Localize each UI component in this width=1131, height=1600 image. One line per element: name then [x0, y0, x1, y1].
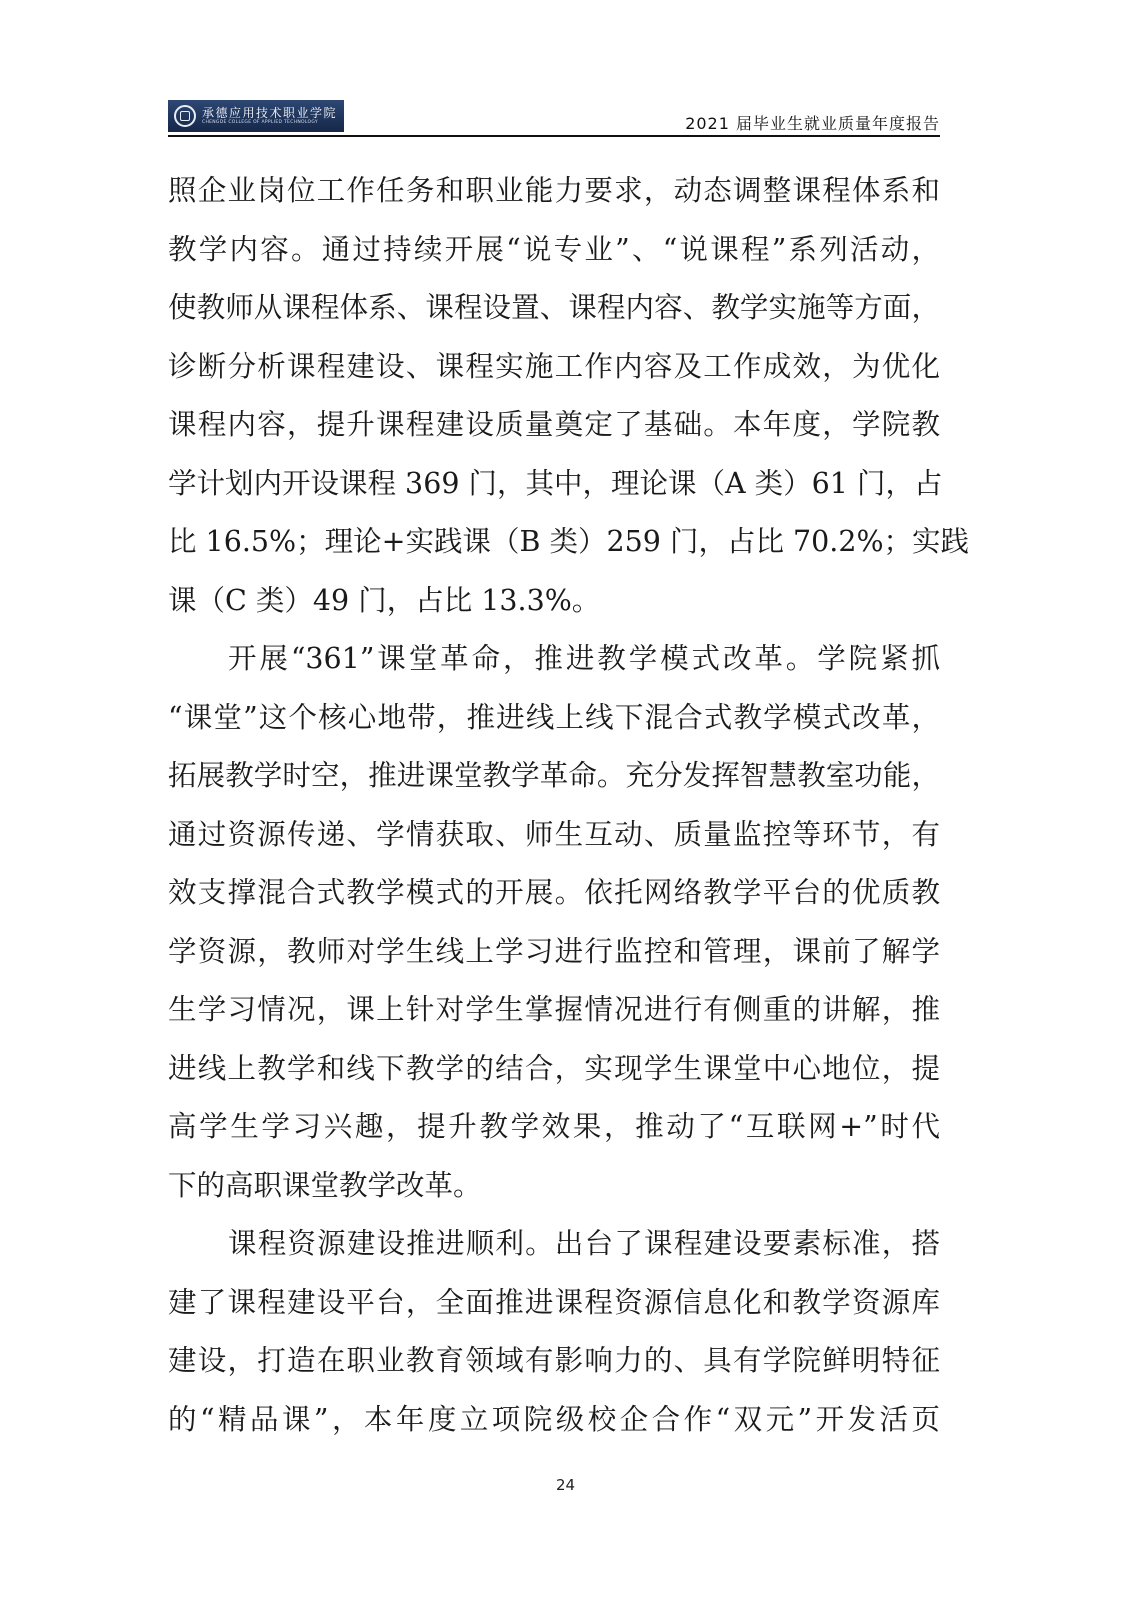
document-body: 照企业岗位工作任务和职业能力要求，动态调整课程体系和 教学内容。通过持续开展“说…: [168, 162, 940, 1449]
college-name-en: CHENGDE COLLEGE OF APPLIED TECHNOLOGY: [202, 121, 337, 126]
text-line: 课程内容，提升课程建设质量奠定了基础。本年度，学院教: [168, 396, 940, 455]
text-line: 拓展教学时空，推进课堂教学革命。充分发挥智慧教室功能，: [168, 747, 940, 806]
text-line: 学资源，教师对学生线上学习进行监控和管理，课前了解学: [168, 923, 940, 982]
text-line: 下的高职课堂教学改革。: [168, 1157, 940, 1216]
page-header: 承德应用技术职业学院 CHENGDE COLLEGE OF APPLIED TE…: [168, 100, 940, 134]
paragraph-course-resources: 课程资源建设推进顺利。出台了课程建设要素标准，搭 建了课程建设平台，全面推进课程…: [168, 1215, 940, 1449]
emblem-shield-icon: [180, 111, 190, 121]
college-emblem-icon: [174, 105, 196, 127]
header-divider: [168, 135, 940, 137]
text-line: 建设，打造在职业教育领域有影响力的、具有学院鲜明特征: [168, 1332, 940, 1391]
text-line: 课（C 类）49 门，占比 13.3%。: [168, 572, 940, 631]
college-name-cn: 承德应用技术职业学院: [202, 107, 337, 119]
text-line: 通过资源传递、学情获取、师生互动、质量监控等环节，有: [168, 806, 940, 865]
text-line: 进线上教学和线下教学的结合，实现学生课堂中心地位，提: [168, 1040, 940, 1099]
page-number: 24: [0, 1476, 1131, 1494]
text-line: 的“精品课”，本年度立项院级校企合作“双元”开发活页: [168, 1391, 940, 1450]
college-logo: 承德应用技术职业学院 CHENGDE COLLEGE OF APPLIED TE…: [168, 100, 344, 132]
paragraph-course-system: 照企业岗位工作任务和职业能力要求，动态调整课程体系和 教学内容。通过持续开展“说…: [168, 162, 940, 630]
text-line: 开展“361”课堂革命，推进教学模式改革。学院紧抓: [168, 630, 940, 689]
text-line: 效支撑混合式教学模式的开展。依托网络教学平台的优质教: [168, 864, 940, 923]
paragraph-classroom-revolution: 开展“361”课堂革命，推进教学模式改革。学院紧抓 “课堂”这个核心地带，推进线…: [168, 630, 940, 1215]
text-line: 使教师从课程体系、课程设置、课程内容、教学实施等方面，: [168, 279, 940, 338]
text-line: 课程资源建设推进顺利。出台了课程建设要素标准，搭: [168, 1215, 940, 1274]
text-line: 教学内容。通过持续开展“说专业”、“说课程”系列活动，: [168, 221, 940, 280]
text-line: 学计划内开设课程 369 门，其中，理论课（A 类）61 门，占: [168, 455, 940, 514]
text-line: 高学生学习兴趣，提升教学效果，推动了“互联网+”时代: [168, 1098, 940, 1157]
report-title: 2021 届毕业生就业质量年度报告: [685, 111, 940, 134]
text-line: 诊断分析课程建设、课程实施工作内容及工作成效，为优化: [168, 338, 940, 397]
text-line: 比 16.5%；理论+实践课（B 类）259 门，占比 70.2%；实践: [168, 513, 940, 572]
logo-text: 承德应用技术职业学院 CHENGDE COLLEGE OF APPLIED TE…: [202, 107, 337, 126]
text-line: 照企业岗位工作任务和职业能力要求，动态调整课程体系和: [168, 162, 940, 221]
text-line: “课堂”这个核心地带，推进线上线下混合式教学模式改革，: [168, 689, 940, 748]
text-line: 生学习情况，课上针对学生掌握情况进行有侧重的讲解，推: [168, 981, 940, 1040]
text-line: 建了课程建设平台，全面推进课程资源信息化和教学资源库: [168, 1274, 940, 1333]
